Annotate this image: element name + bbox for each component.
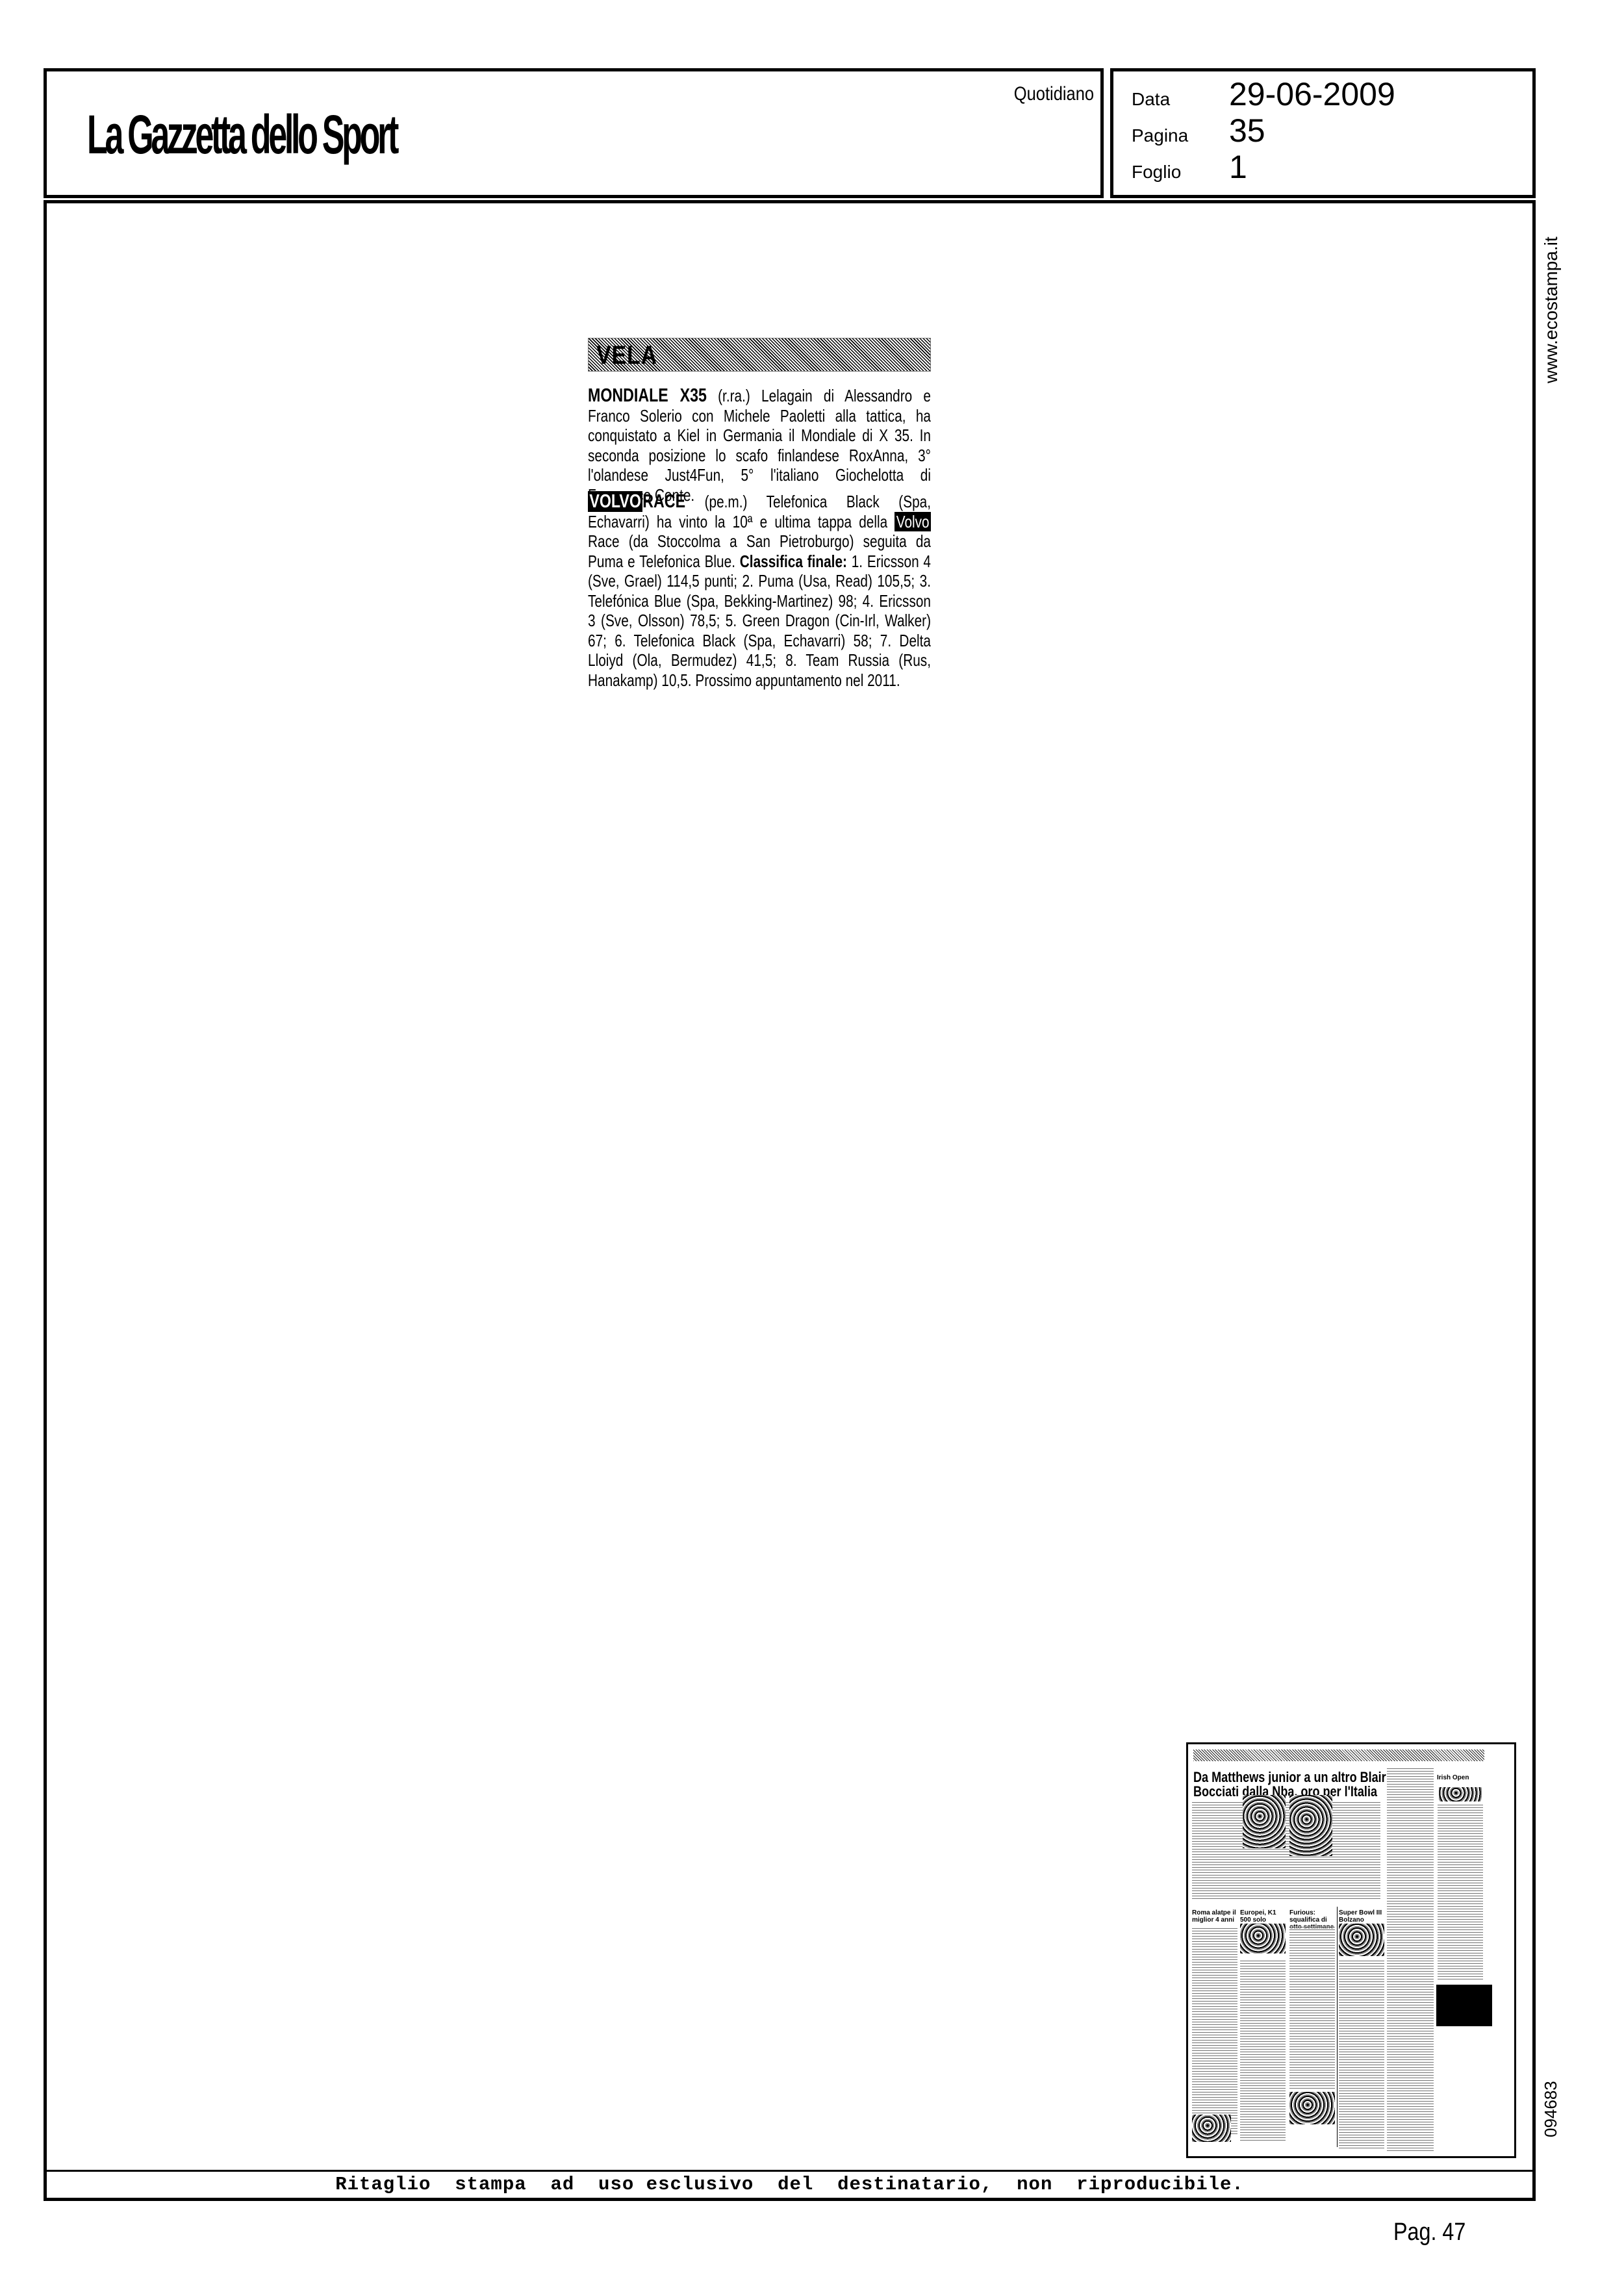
- thumbnail-photo: [1289, 2092, 1335, 2124]
- highlighted-keyword: Volvo: [894, 512, 931, 531]
- highlighted-keyword: VOLVO: [588, 491, 642, 512]
- thumbnail-text-block: [1192, 1801, 1380, 1899]
- paragraph-kicker: RACE: [642, 491, 685, 512]
- thumbnail-black-box: [1436, 1985, 1492, 2026]
- article-paragraph-mondiale: MONDIALE X35 (r.ra.) Lelagain di Alessan…: [588, 386, 931, 505]
- article-paragraph-volvo: VOLVORACE (pe.m.) Telefonica Black (Spa,…: [588, 492, 931, 690]
- date-value: 29-06-2009: [1229, 78, 1395, 110]
- newspaper-masthead: La Gazzetta dello Sport: [87, 107, 396, 162]
- thumbnail-subheadline: Irish Open: [1437, 1774, 1482, 1781]
- header-masthead-box: La Gazzetta dello Sport Quotidiano: [44, 68, 1104, 198]
- thumbnail-text-column: [1240, 1959, 1286, 2141]
- thumbnail-text-column: [1289, 1926, 1335, 2089]
- sheet-value: 1: [1229, 151, 1247, 183]
- thumbnail-text-column: [1192, 1926, 1237, 2134]
- date-label: Data: [1132, 89, 1229, 110]
- website-watermark: www.ecostampa.it: [1541, 236, 1562, 383]
- clip-code: 094683: [1541, 2081, 1561, 2137]
- thumbnail-text-column: [1339, 1960, 1384, 2148]
- page-label: Pagina: [1132, 125, 1229, 146]
- thumbnail-subheadline: Roma alatpe il miglior 4 anni: [1192, 1909, 1237, 1924]
- thumbnail-photo: [1289, 1795, 1332, 1856]
- page-number: Pag. 47: [1393, 2219, 1465, 2246]
- sheet-label: Foglio: [1132, 162, 1229, 183]
- meta-sheet-row: Foglio 1: [1132, 151, 1247, 183]
- standings-body: 1. Ericsson 4 (Sve, Grael) 114,5 punti; …: [588, 552, 931, 690]
- thumbnail-text-column: [1387, 1768, 1434, 2151]
- periodicity-label: Quotidiano: [1014, 83, 1094, 105]
- section-header-bar: VELA: [588, 338, 931, 372]
- meta-date-row: Data 29-06-2009: [1132, 78, 1395, 110]
- thumbnail-headline-1: Da Matthews junior a un altro Blair: [1193, 1770, 1386, 1785]
- thumbnail-column-rule: [1337, 1907, 1338, 2147]
- thumbnail-photo: [1339, 1924, 1384, 1956]
- thumbnail-section-bar: [1193, 1749, 1484, 1761]
- paragraph-kicker: MONDIALE X35: [588, 385, 707, 406]
- thumbnail-photo: [1439, 1787, 1482, 1801]
- meta-page-row: Pagina 35: [1132, 114, 1265, 147]
- thumbnail-photo: [1192, 2115, 1231, 2142]
- thumbnail-text-column: [1438, 1804, 1483, 1979]
- page-thumbnail: Da Matthews junior a un altro Blair Bocc…: [1186, 1742, 1516, 2158]
- thumbnail-photo: [1240, 1924, 1286, 1953]
- standings-label: Classifica finale:: [740, 552, 847, 571]
- copyright-notice: Ritaglio stampa ad uso esclusivo del des…: [47, 2170, 1532, 2198]
- section-title: VELA: [596, 341, 657, 370]
- header-meta-box: Data 29-06-2009 Pagina 35 Foglio 1: [1110, 68, 1536, 198]
- page-value: 35: [1229, 114, 1265, 147]
- thumbnail-photo: [1243, 1795, 1286, 1848]
- article-clipping: VELA MONDIALE X35 (r.ra.) Lelagain di Al…: [588, 338, 931, 690]
